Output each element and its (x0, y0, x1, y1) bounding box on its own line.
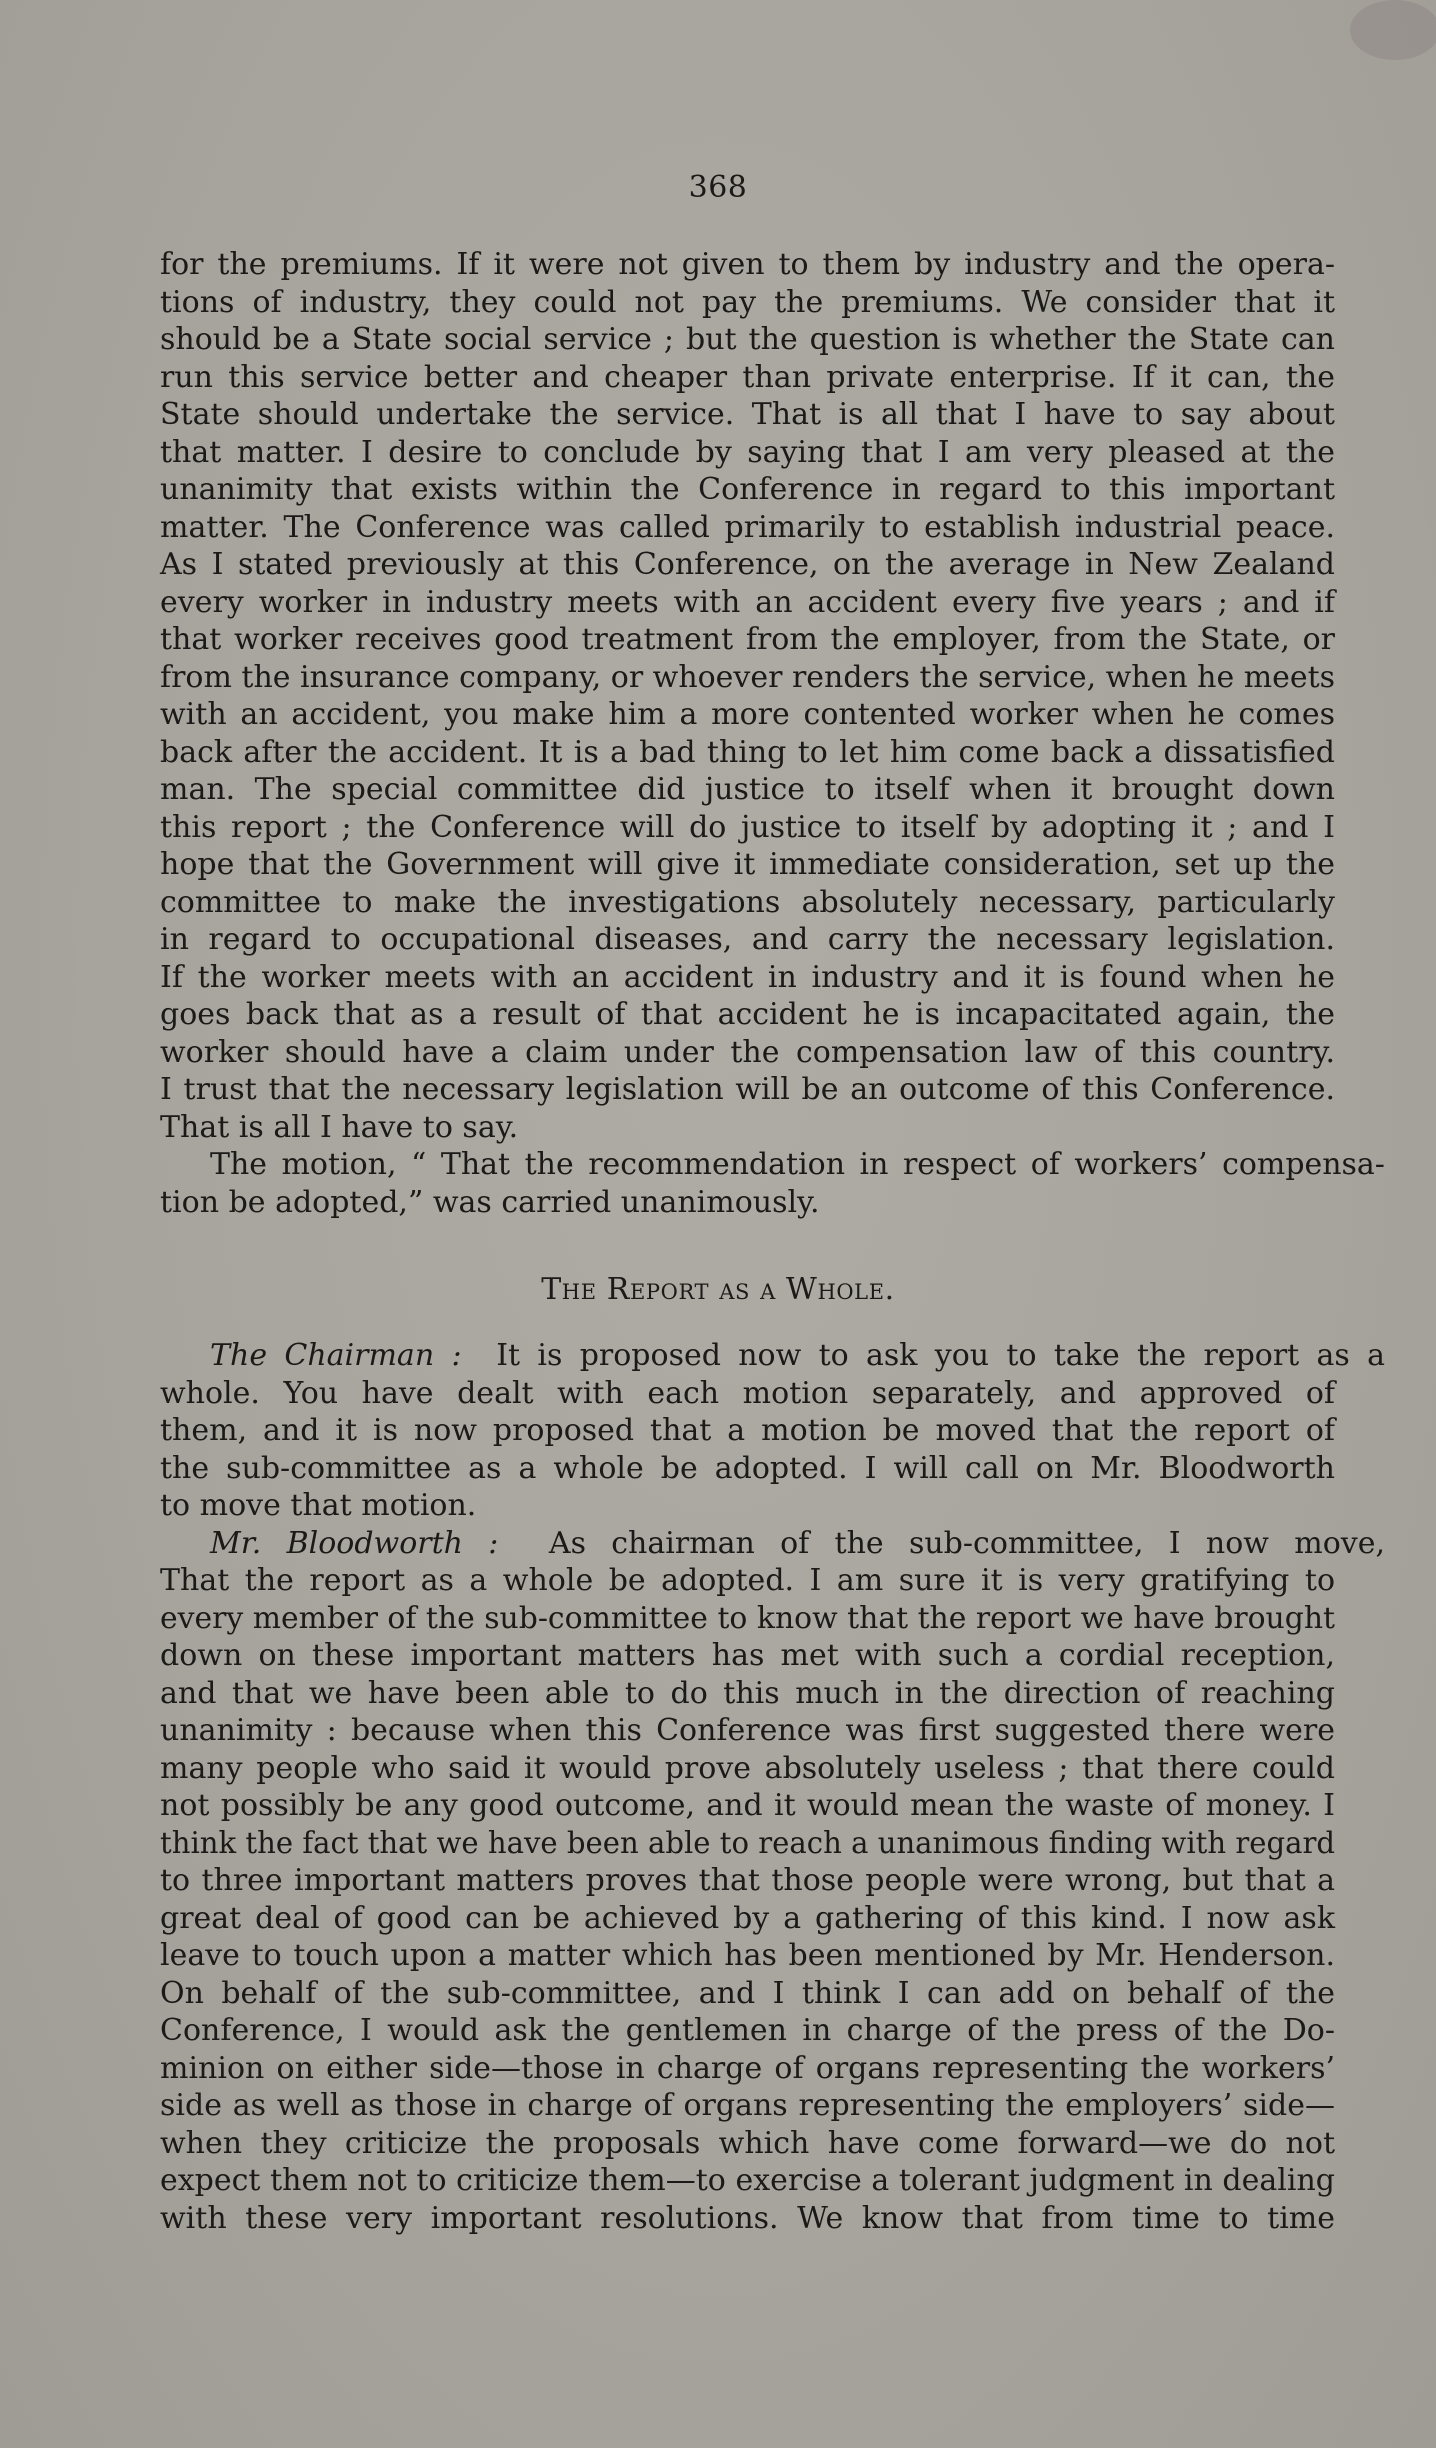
text-line: down on these important matters has met … (160, 1637, 1335, 1675)
text-line: in regard to occupational diseases, and … (160, 921, 1335, 959)
text-line: back after the accident. It is a bad thi… (160, 734, 1335, 772)
text-line: hope that the Government will give it im… (160, 846, 1335, 884)
text-line: man. The special committee did justice t… (160, 771, 1335, 809)
text-line: to three important matters proves that t… (160, 1862, 1335, 1900)
text-fragment: It is proposed now to ask you to take th… (496, 1338, 1385, 1373)
text-line: committee to make the investigations abs… (160, 884, 1335, 922)
text-line: That the report as a whole be adopted. I… (160, 1562, 1335, 1600)
text-line: not possibly be any good outcome, and it… (160, 1787, 1335, 1825)
text-line: worker should have a claim under the com… (160, 1034, 1335, 1072)
text-line: side as well as those in charge of organ… (160, 2087, 1335, 2125)
text-line: great deal of good can be achieved by a … (160, 1900, 1335, 1938)
chairman-first-line: The Chairman : It is proposed now to ask… (160, 1337, 1385, 1375)
text-line: this report ; the Conference will do jus… (160, 809, 1335, 847)
text-line: expect them not to criticize them—to exe… (160, 2162, 1335, 2200)
text-line: many people who said it would prove abso… (160, 1750, 1335, 1788)
text-fragment: As chairman of the sub-committee, I now … (549, 1526, 1385, 1561)
text-line: for the premiums. If it were not given t… (160, 246, 1335, 284)
text-line: when they criticize the proposals which … (160, 2125, 1335, 2163)
text-line: tions of industry, they could not pay th… (160, 284, 1335, 322)
motion-line: The motion, “ That the recommendation in… (160, 1146, 1385, 1184)
text-line: that matter. I desire to conclude by say… (160, 434, 1335, 472)
text-line: whole. You have dealt with each motion s… (160, 1375, 1335, 1413)
text-line: that worker receives good treatment from… (160, 621, 1335, 659)
text-line: should be a State social service ; but t… (160, 321, 1335, 359)
text-line: with an accident, you make him a more co… (160, 696, 1335, 734)
body-text-part2: The Chairman : It is proposed now to ask… (160, 1337, 1335, 2237)
speaker-label: Mr. Bloodworth : (210, 1526, 498, 1561)
text-line: That is all I have to say. (160, 1109, 1335, 1147)
text-line: As I stated previously at this Conferenc… (160, 546, 1335, 584)
text-line: the sub-committee as a whole be adopted.… (160, 1450, 1335, 1488)
text-line: On behalf of the sub-committee, and I th… (160, 1975, 1335, 2013)
text-line: from the insurance company, or whoever r… (160, 659, 1335, 697)
paper-stain (1350, 0, 1436, 60)
speaker-label: The Chairman : (210, 1338, 462, 1373)
text-line: unanimity that exists within the Confere… (160, 471, 1335, 509)
text-line: Conference, I would ask the gentlemen in… (160, 2012, 1335, 2050)
text-line: unanimity : because when this Conference… (160, 1712, 1335, 1750)
text-line: State should undertake the service. That… (160, 396, 1335, 434)
text-line: run this service better and cheaper than… (160, 359, 1335, 397)
section-heading: The Report as a Whole. (0, 1272, 1436, 1307)
text-line: I trust that the necessary legislation w… (160, 1071, 1335, 1109)
text-line: goes back that as a result of that accid… (160, 996, 1335, 1034)
text-line: every member of the sub-committee to kno… (160, 1600, 1335, 1638)
scanned-page: 368 for the premiums. If it were not giv… (0, 0, 1436, 2448)
text-line: think the fact that we have been able to… (160, 1825, 1335, 1863)
bloodworth-first-line: Mr. Bloodworth : As chairman of the sub-… (160, 1525, 1385, 1563)
text-line: If the worker meets with an accident in … (160, 959, 1335, 997)
text-line: matter. The Conference was called primar… (160, 509, 1335, 547)
text-line: them, and it is now proposed that a moti… (160, 1412, 1335, 1450)
text-line: leave to touch upon a matter which has b… (160, 1937, 1335, 1975)
page-number: 368 (0, 170, 1436, 205)
text-line: minion on either side—those in charge of… (160, 2050, 1335, 2088)
motion-line: tion be adopted,” was carried unanimousl… (160, 1184, 1335, 1222)
text-line: to move that motion. (160, 1487, 1335, 1525)
text-line: and that we have been able to do this mu… (160, 1675, 1335, 1713)
body-text-part1: for the premiums. If it were not given t… (160, 246, 1335, 1221)
text-line: every worker in industry meets with an a… (160, 584, 1335, 622)
text-line: with these very important resolutions. W… (160, 2200, 1335, 2238)
